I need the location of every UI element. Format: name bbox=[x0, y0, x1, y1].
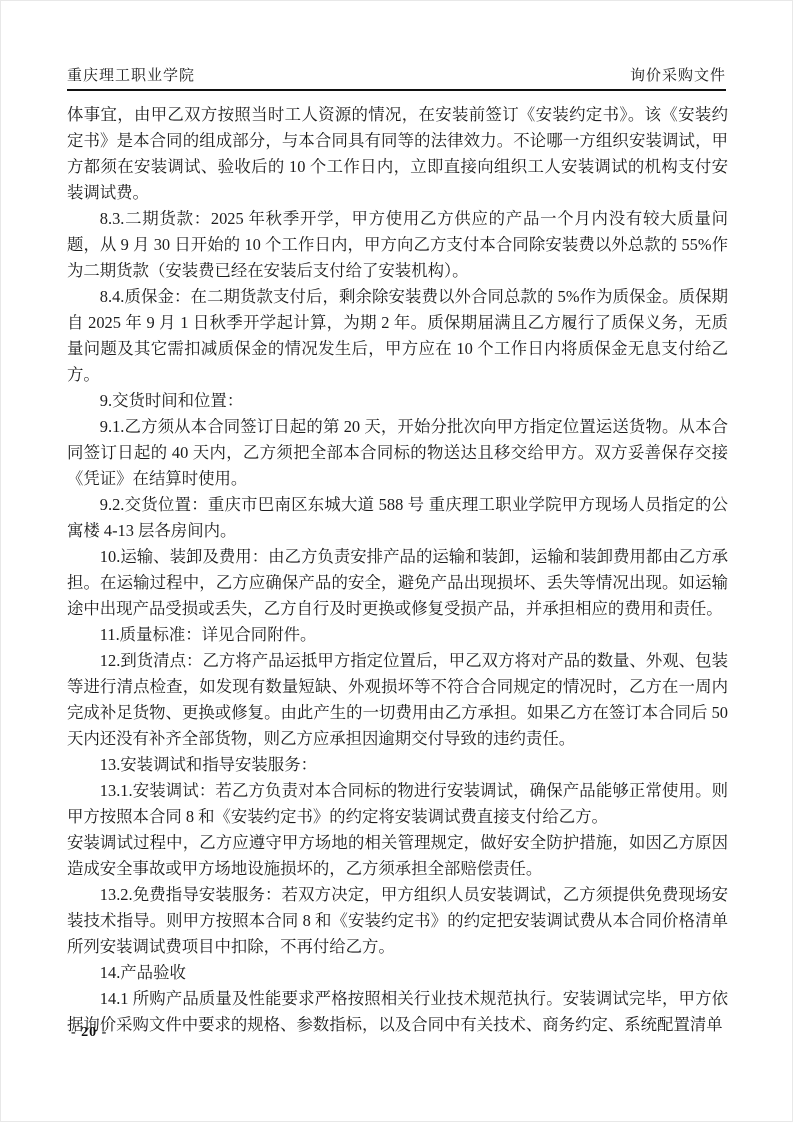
paragraph: 8.4.质保金：在二期货款支付后，剩余除安装费以外合同总款的 5%作为质保金。质… bbox=[67, 284, 728, 388]
paragraph: 安装调试过程中，乙方应遵守甲方场地的相关管理规定，做好安全防护措施，如因乙方原因… bbox=[67, 830, 728, 882]
document-page: 重庆理工职业学院 询价采购文件 体事宜，由甲乙双方按照当时工人资源的情况，在安装… bbox=[0, 0, 793, 1122]
header-left-title: 重庆理工职业学院 bbox=[67, 64, 195, 85]
paragraph: 体事宜，由甲乙双方按照当时工人资源的情况，在安装前签订《安装约定书》。该《安装约… bbox=[67, 102, 728, 206]
page-header: 重庆理工职业学院 询价采购文件 bbox=[67, 57, 726, 91]
paragraph: 9.1.乙方须从本合同签订日起的第 20 天，开始分批次向甲方指定位置运送货物。… bbox=[67, 414, 728, 492]
page-number: - 20 - bbox=[71, 1025, 107, 1041]
paragraph: 13.2.免费指导安装服务：若双方决定，甲方组织人员安装调试，乙方须提供免费现场… bbox=[67, 882, 728, 960]
paragraph: 12.到货清点：乙方将产品运抵甲方指定位置后，甲乙双方将对产品的数量、外观、包装… bbox=[67, 648, 728, 752]
document-body: 体事宜，由甲乙双方按照当时工人资源的情况，在安装前签订《安装约定书》。该《安装约… bbox=[67, 102, 728, 1038]
header-right-title: 询价采购文件 bbox=[630, 64, 726, 85]
paragraph: 13.1.安装调试：若乙方负责对本合同标的物进行安装调试，确保产品能够正常使用。… bbox=[67, 778, 728, 830]
paragraph: 9.交货时间和位置： bbox=[67, 388, 728, 414]
paragraph: 10.运输、装卸及费用：由乙方负责安排产品的运输和装卸，运输和装卸费用都由乙方承… bbox=[67, 544, 728, 622]
paragraph: 14.产品验收 bbox=[67, 960, 728, 986]
paragraph: 11.质量标准：详见合同附件。 bbox=[67, 622, 728, 648]
paragraph: 8.3.二期货款：2025 年秋季开学，甲方使用乙方供应的产品一个月内没有较大质… bbox=[67, 206, 728, 284]
paragraph: 14.1 所购产品质量及性能要求严格按照相关行业技术规范执行。安装调试完毕，甲方… bbox=[67, 986, 728, 1038]
paragraph: 13.安装调试和指导安装服务： bbox=[67, 752, 728, 778]
paragraph: 9.2.交货位置：重庆市巴南区东城大道 588 号 重庆理工职业学院甲方现场人员… bbox=[67, 492, 728, 544]
